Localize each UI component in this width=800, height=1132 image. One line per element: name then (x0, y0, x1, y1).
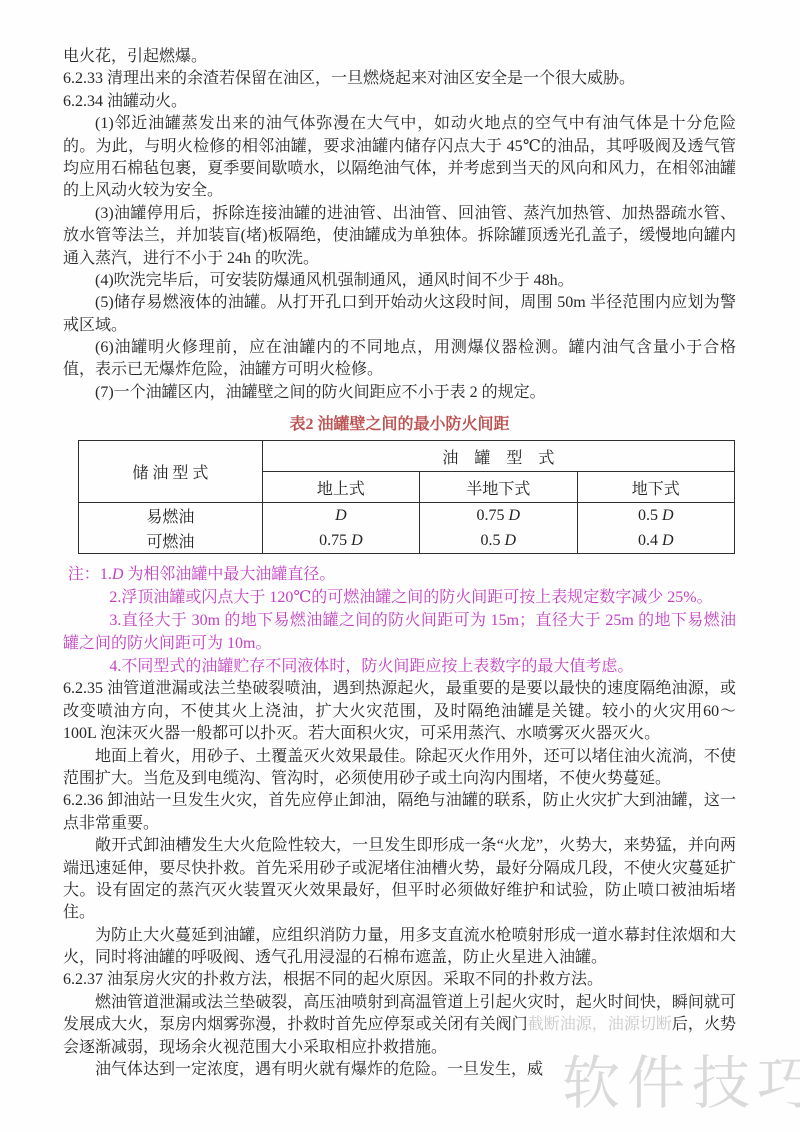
table-title: 表2 油罐壁之间的最小防火间距 (63, 411, 736, 434)
item-4: (4)吹洗完毕后，可安装防爆通风机强制通风，通风时间不少于 48h。 (63, 270, 736, 292)
section-6-2-37: 6.2.37 油泵房火灾的扑救方法，根据不同的起火原因。采取不同的扑救方法。 (63, 969, 736, 991)
table-cell: 0.75 D (262, 528, 419, 554)
table-corner-header: 储 油 型 式 (79, 441, 263, 503)
section-6-2-33: 6.2.33 清理出来的余渣若保留在油区，一旦燃烧起来对油区安全是一个很大威胁。 (63, 68, 736, 90)
paragraph: 敞开式卸油槽发生大火危险性较大，一旦发生即形成一条“火龙”，火势大，来势猛，并向… (63, 835, 736, 925)
item-6: (6)油罐明火修理前，应在油罐内的不同地点，用测爆仪器检测。罐内油气含量小于合格… (63, 337, 736, 382)
item-5: (5)储存易燃液体的油罐。从打开孔口到开始动火这段时间，周围 50m 半径范围内… (63, 292, 736, 337)
note-3: 3.直径大于 30m 的地下易燃油罐之间的防火间距可为 15m；直径大于 25m… (63, 609, 736, 655)
table-header-row: 储 油 型 式 油 罐 型 式 (79, 441, 735, 472)
fire-distance-table: 储 油 型 式 油 罐 型 式 地上式 半地下式 地下式 易燃油 D 0.75 … (78, 440, 735, 554)
paragraph: 地面上着火，用砂子、土覆盖灭火效果最佳。除起灭火作用外，还可以堵住油火流淌，不使… (63, 746, 736, 791)
table-group-header: 油 罐 型 式 (262, 441, 734, 472)
table-notes: 注：1.D 为相邻油罐中最大油罐直径。 2.浮顶油罐或闪点大于 120℃的可燃油… (63, 563, 736, 678)
section-6-2-35: 6.2.35 油管道泄漏或法兰垫破裂喷油，遇到热源起火，最重要的是要以最快的速度… (63, 678, 736, 745)
row-label: 可燃油 (79, 528, 263, 554)
table-cell: 0.4 D (577, 528, 734, 554)
item-7: (7)一个油罐区内，油罐壁之间的防火间距应不小于表 2 的规定。 (63, 382, 736, 404)
table-cell: 0.5 D (420, 528, 577, 554)
note-4: 4.不同型式的油罐贮存不同液体时，防火间距应按上表数字的最大值考虑。 (63, 655, 736, 678)
section-6-2-36: 6.2.36 卸油站一旦发生火灾，首先应停止卸油，隔绝与油罐的联系，防止火灾扩大… (63, 790, 736, 835)
table-row: 易燃油 D 0.75 D 0.5 D (79, 503, 735, 529)
table-cell: 0.75 D (420, 503, 577, 529)
table-subheader: 地下式 (577, 472, 734, 503)
row-label: 易燃油 (79, 503, 263, 529)
paragraph-continuation: 电火花，引起燃爆。 (63, 46, 736, 68)
table-subheader: 地上式 (262, 472, 419, 503)
section-6-2-34: 6.2.34 油罐动火。 (63, 91, 736, 113)
document-page: 电火花，引起燃爆。 6.2.33 清理出来的余渣若保留在油区，一旦燃烧起来对油区… (0, 0, 800, 1132)
table-cell: D (262, 503, 419, 529)
table-row: 可燃油 0.75 D 0.5 D 0.4 D (79, 528, 735, 554)
item-1: (1)邻近油罐蒸发出来的油气体弥漫在大气中，如动火地点的空气中有油气体是十分危险… (63, 113, 736, 203)
note-1: 注：1.D 为相邻油罐中最大油罐直径。 (63, 563, 736, 586)
note-2: 2.浮顶油罐或闪点大于 120℃的可燃油罐之间的防火间距可按上表规定数字减少 2… (63, 586, 736, 609)
table-cell: 0.5 D (577, 503, 734, 529)
faded-obscured-text: 截断油源，油源切断 (528, 1016, 672, 1033)
paragraph: 为防止大火蔓延到油罐，应组织消防力量，用多支直流水枪喷射形成一道水幕封住浓烟和大… (63, 925, 736, 970)
watermark-text: 软件技巧 (562, 1036, 800, 1120)
item-3: (3)油罐停用后，拆除连接油罐的进油管、出油管、回油管、蒸汽加热管、加热器疏水管… (63, 203, 736, 270)
table-subheader: 半地下式 (420, 472, 577, 503)
page-content: 电火花，引起燃爆。 6.2.33 清理出来的余渣若保留在油区，一旦燃烧起来对油区… (0, 0, 800, 1081)
